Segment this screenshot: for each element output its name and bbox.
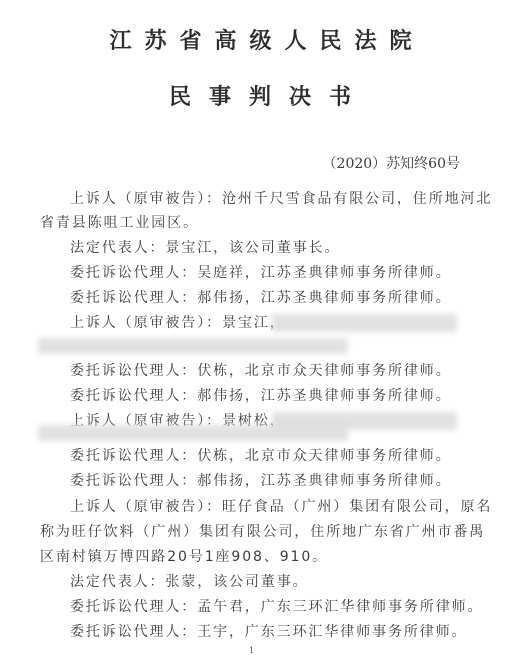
party-line: 省青县陈咀工业园区。 — [40, 212, 199, 232]
court-name: 江苏省高级人民法院 — [0, 24, 524, 55]
agent-line: 委托诉讼代理人：伏栋，北京市众天律师事务所律师。 — [70, 360, 452, 380]
agent-line: 委托诉讼代理人：王宇，广东三环汇华律师事务所律师。 — [70, 621, 468, 641]
case-number: （2020）苏知终60号 — [323, 153, 460, 173]
page-number: 1 — [249, 646, 254, 655]
redaction-blur — [272, 314, 457, 332]
agent-line: 委托诉讼代理人：孟午君，广东三环汇华律师事务所律师。 — [70, 596, 483, 616]
document-title: 民事判决书 — [0, 80, 524, 111]
redaction-blur — [38, 425, 348, 441]
agent-line: 委托诉讼代理人：吴庭祥，江苏圣典律师事务所律师。 — [70, 262, 452, 282]
legal-rep-line: 法定代表人：景宝江，该公司董事长。 — [70, 237, 340, 257]
judgment-page: 江苏省高级人民法院 民事判决书 （2020）苏知终60号 上诉人（原审被告）：沧… — [0, 0, 524, 655]
party-line: 上诉人（原审被告）：景宝江， — [70, 312, 286, 332]
agent-line: 委托诉讼代理人：郝伟扬，江苏圣典律师事务所律师。 — [70, 470, 452, 490]
legal-rep-line: 法定代表人：张蒙，该公司董事。 — [70, 571, 309, 591]
agent-line: 委托诉讼代理人：郝伟扬，江苏圣典律师事务所律师。 — [70, 287, 452, 307]
agent-line: 委托诉讼代理人：伏栋，北京市众天律师事务所律师。 — [70, 445, 452, 465]
party-line: 称为旺仔饮料（广州）集团有限公司，住所地广东省广州市番禺 — [40, 521, 485, 541]
agent-line: 委托诉讼代理人：郝伟扬，江苏圣典律师事务所律师。 — [70, 385, 452, 405]
redaction-blur — [38, 338, 348, 354]
party-line: 上诉人（原审被告）：沧州千尺雪食品有限公司，住所地河北 — [70, 188, 492, 208]
party-line: 上诉人（原审被告）：旺仔食品（广州）集团有限公司，原名 — [70, 496, 492, 516]
party-line: 区南村镇万博四路20号1座908、910。 — [40, 546, 328, 566]
